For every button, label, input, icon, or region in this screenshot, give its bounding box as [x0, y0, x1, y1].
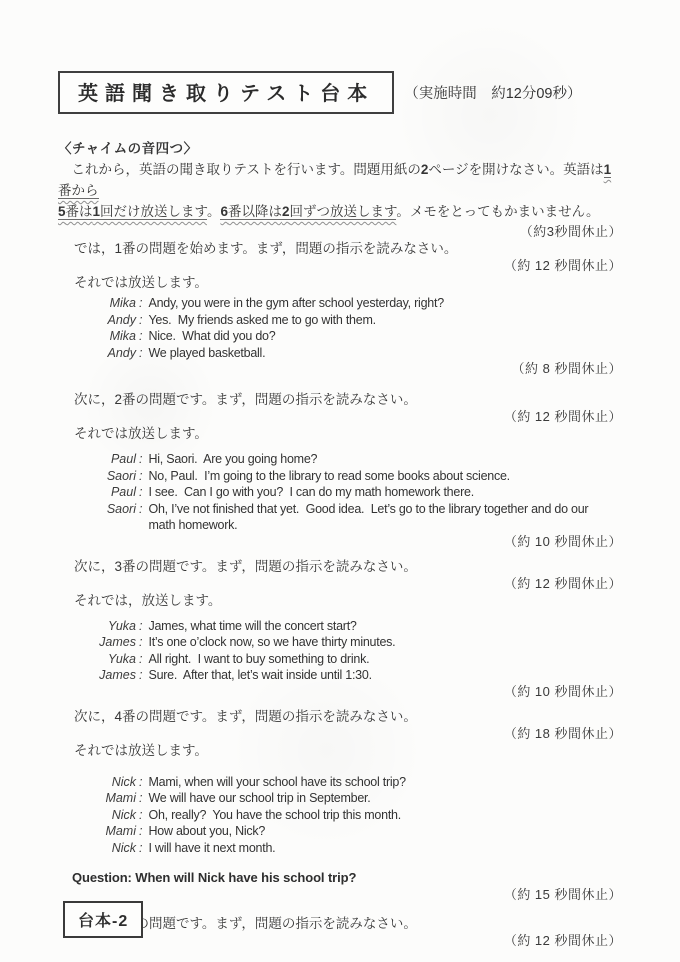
dialogue-text: All right. I want to buy something to dr… [148, 651, 369, 668]
dialogue-text: Sure. After that, let’s wait inside unti… [148, 667, 371, 684]
speaker-colon: : [139, 807, 142, 824]
speaker-colon: : [139, 312, 142, 329]
dialogue-line: Yuka:James, what time will the concert s… [88, 618, 622, 635]
intro-line-1: これから，英語の聞き取りテストを行います。問題用紙の2ページを開けなさい。英語は… [58, 159, 622, 201]
text-run: 1 [93, 204, 101, 223]
dialogue-text: Nice. What did you do? [148, 328, 275, 345]
text-run: 。 [207, 204, 221, 219]
dialogue-line: Mika:Nice. What did you do? [88, 328, 622, 345]
broadcast-line: それでは放送します。 [58, 274, 622, 292]
dialogue-line: Mami:We will have our school trip in Sep… [88, 790, 622, 807]
text-run: 回ずつ放送します [289, 204, 396, 223]
section-lead: 次に，2番の問題です。まず，問題の指示を読みなさい。 [58, 391, 622, 409]
dialogue-text: Oh, I’ve not finished that yet. Good ide… [148, 501, 588, 534]
page-content: 英語聞き取りテスト台本 （実施時間 約12分09秒） 〈チャイムの音四つ〉 これ… [0, 0, 680, 949]
speaker-name: Mika [88, 295, 136, 312]
speaker-colon: : [139, 451, 142, 468]
dialogue-line: Nick:Mami, when will your school have it… [88, 774, 622, 791]
speaker-colon: : [139, 328, 142, 345]
dialogue-text: No, Paul. I’m going to the library to re… [148, 468, 509, 485]
speaker-colon: : [139, 345, 142, 362]
text-run: 回だけ放送します [100, 204, 207, 223]
text-run: ページを開けなさい。英語は [428, 162, 603, 177]
dialogue-text: It’s one o’clock now, so we have thirty … [148, 634, 395, 651]
speaker-name: Nick [88, 840, 136, 857]
dialogue-text: Oh, really? You have the school trip thi… [148, 807, 401, 824]
speaker-colon: : [139, 501, 142, 518]
dialogue-line: Andy:We played basketball. [88, 345, 622, 362]
speaker-name: Paul [88, 451, 136, 468]
dialogue-text: How about you, Nick? [148, 823, 265, 840]
dialogue-line: Paul:I see. Can I go with you? I can do … [88, 484, 622, 501]
dialogue-text: We will have our school trip in Septembe… [148, 790, 370, 807]
section-question-4: 次に，4番の問題です。まず，問題の指示を読みなさい。 （約 18 秒間休止） そ… [58, 708, 622, 904]
speaker-colon: : [139, 295, 142, 312]
section-question-1: では，1番の問題を始めます。まず，問題の指示を読みなさい。 （約 12 秒間休止… [58, 240, 622, 377]
dialogue-text: Mami, when will your school have its sch… [148, 774, 405, 791]
speaker-name: James [88, 667, 136, 684]
dialogue-line: James:Sure. After that, let’s wait insid… [88, 667, 622, 684]
speaker-name: Saori [88, 468, 136, 485]
dialogue-text: Hi, Saori. Are you going home? [148, 451, 317, 468]
speaker-colon: : [139, 790, 142, 807]
speaker-colon: : [139, 468, 142, 485]
dialogue-block: Yuka:James, what time will the concert s… [88, 618, 622, 684]
broadcast-line: それでは，放送します。 [58, 592, 622, 610]
speaker-name: James [88, 634, 136, 651]
speaker-name: Yuka [88, 651, 136, 668]
dialogue-line: Andy:Yes. My friends asked me to go with… [88, 312, 622, 329]
pause-note: （約 12 秒間休止） [58, 409, 622, 425]
dialogue-text: I see. Can I go with you? I can do my ma… [148, 484, 473, 501]
pause-note: （約 10 秒間休止） [58, 534, 622, 550]
dialogue-line: Mika:Andy, you were in the gym after sch… [88, 295, 622, 312]
section-question-3: 次に，3番の問題です。まず，問題の指示を読みなさい。 （約 12 秒間休止） そ… [58, 558, 622, 700]
text-run: これから，英語の聞き取りテストを行います。問題用紙の [58, 162, 421, 177]
text-run: 番以降は [228, 204, 282, 223]
text-run: 番は [66, 204, 93, 223]
dialogue-line: Nick:I will have it next month. [88, 840, 622, 857]
section-lead: 次に，4番の問題です。まず，問題の指示を読みなさい。 [58, 708, 622, 726]
intro-line-2: 5番は1回だけ放送します。6番以降は2回ずつ放送します。メモをとってもかまいませ… [58, 201, 622, 222]
text-run: 1 [604, 162, 612, 181]
dialogue-block: Paul:Hi, Saori. Are you going home?Saori… [88, 451, 622, 534]
dialogue-line: Saori:Oh, I’ve not finished that yet. Go… [88, 501, 622, 534]
page-header: 英語聞き取りテスト台本 （実施時間 約12分09秒） [58, 71, 622, 114]
speaker-colon: : [139, 667, 142, 684]
pause-note: （約 18 秒間休止） [58, 726, 622, 742]
duration-note: （実施時間 約12分09秒） [404, 82, 581, 103]
broadcast-line: それでは放送します。 [58, 742, 622, 760]
dialogue-text: Yes. My friends asked me to go with them… [148, 312, 375, 329]
dialogue-line: Paul:Hi, Saori. Are you going home? [88, 451, 622, 468]
dialogue-line: James:It’s one o’clock now, so we have t… [88, 634, 622, 651]
speaker-name: Nick [88, 774, 136, 791]
section-lead: では，1番の問題を始めます。まず，問題の指示を読みなさい。 [58, 240, 622, 258]
dialogue-line: Nick:Oh, really? You have the school tri… [88, 807, 622, 824]
speaker-name: Saori [88, 501, 136, 518]
speaker-name: Andy [88, 345, 136, 362]
chime-note: 〈チャイムの音四つ〉 [58, 138, 622, 159]
pause-note: （約3秒間休止） [58, 224, 622, 240]
page-title: 英語聞き取りテスト台本 [78, 83, 374, 105]
scanned-test-script-page: 英語聞き取りテスト台本 （実施時間 約12分09秒） 〈チャイムの音四つ〉 これ… [0, 0, 680, 962]
dialogue-block: Mika:Andy, you were in the gym after sch… [88, 295, 622, 361]
speaker-colon: : [139, 634, 142, 651]
dialogue-line: Mami:How about you, Nick? [88, 823, 622, 840]
pause-note: （約 12 秒間休止） [58, 576, 622, 592]
text-run: 5 [58, 204, 66, 223]
speaker-name: Paul [88, 484, 136, 501]
broadcast-line: それでは放送します。 [58, 425, 622, 443]
speaker-name: Yuka [88, 618, 136, 635]
speaker-colon: : [139, 774, 142, 791]
speaker-colon: : [139, 618, 142, 635]
speaker-name: Mami [88, 790, 136, 807]
pause-note: （約 12 秒間休止） [58, 258, 622, 274]
page-number-label: 台本-2 [78, 913, 128, 930]
speaker-colon: : [139, 823, 142, 840]
text-run: 。メモをとってもかまいません。 [396, 204, 599, 219]
title-box: 英語聞き取りテスト台本 [58, 71, 394, 114]
speaker-name: Andy [88, 312, 136, 329]
section-question-2: 次に，2番の問題です。まず，問題の指示を読みなさい。 （約 12 秒間休止） そ… [58, 391, 622, 550]
text-run: 番から [58, 183, 99, 202]
pause-note: （約 10 秒間休止） [58, 684, 622, 700]
dialogue-text: I will have it next month. [148, 840, 275, 857]
speaker-name: Mami [88, 823, 136, 840]
dialogue-text: James, what time will the concert start? [148, 618, 356, 635]
dialogue-line: Yuka:All right. I want to buy something … [88, 651, 622, 668]
speaker-name: Nick [88, 807, 136, 824]
section-lead: 次に，3番の問題です。まず，問題の指示を読みなさい。 [58, 558, 622, 576]
speaker-colon: : [139, 651, 142, 668]
text-run: 6 [220, 204, 228, 223]
speaker-colon: : [139, 840, 142, 857]
pause-note: （約 8 秒間休止） [58, 361, 622, 377]
page-number-box: 台本-2 [63, 901, 143, 938]
dialogue-line: Saori:No, Paul. I’m going to the library… [88, 468, 622, 485]
speaker-name: Mika [88, 328, 136, 345]
spoken-question: Question: When will Nick have his school… [72, 870, 622, 885]
dialogue-text: Andy, you were in the gym after school y… [148, 295, 443, 312]
dialogue-block: Nick:Mami, when will your school have it… [88, 774, 622, 857]
speaker-colon: : [139, 484, 142, 501]
dialogue-text: We played basketball. [148, 345, 265, 362]
